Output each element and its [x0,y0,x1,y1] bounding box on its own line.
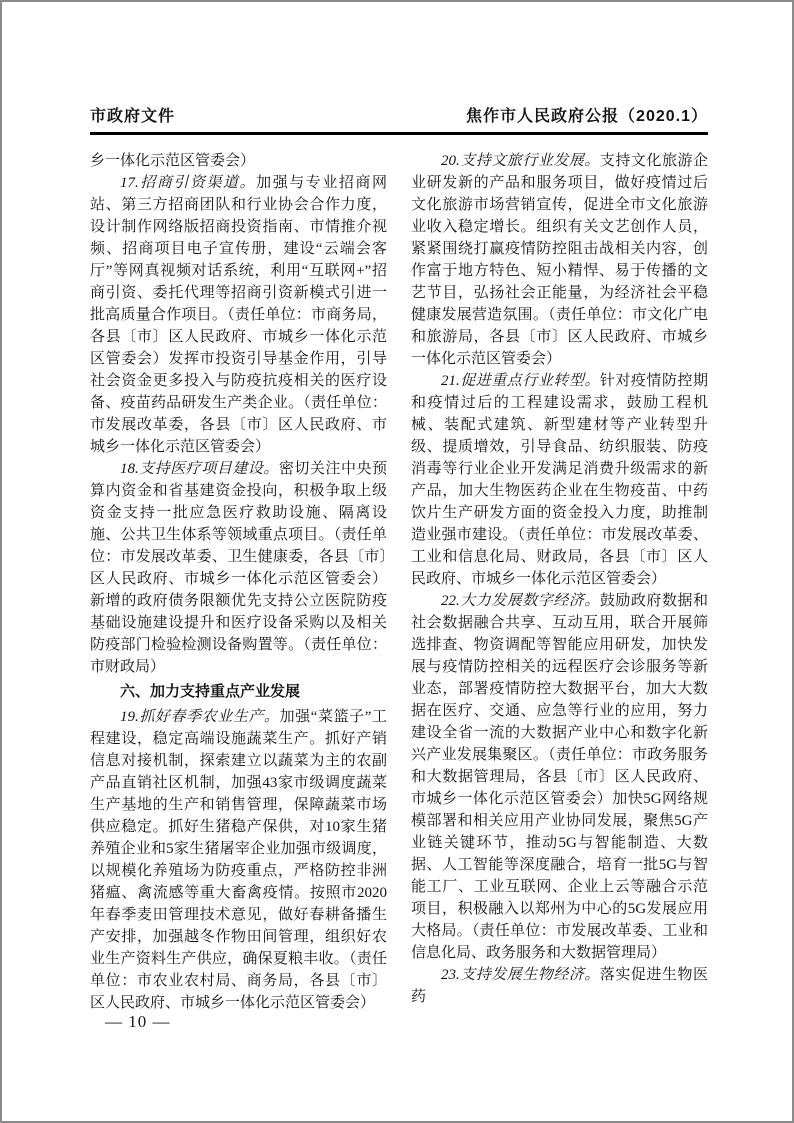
item-17-lead: 17.招商引资渠道。 [120,175,256,191]
document-page: 市政府文件 焦作市人民政府公报（2020.1） 乡一体化示范区管委会） 17.招… [0,0,794,1123]
paragraph-item-22: 22.大力发展数字经济。鼓励政府数据和社会数据融合共享、互动互用，联合开展筛选排… [411,590,708,964]
paragraph-text: 鼓励政府数据和社会数据融合共享、互动互用，联合开展筛选排查、物资调配等智能应用研… [411,593,708,961]
paragraph-item-17: 17.招商引资渠道。加强与专业招商网站、第三方招商团队和行业协会合作力度，设计制… [90,172,387,458]
paragraph-text: 加强与专业招商网站、第三方招商团队和行业协会合作力度，设计制作网络版招商投资指南… [90,175,387,455]
item-19-lead: 19.抓好春季农业生产。 [120,709,280,725]
paragraph-text: 密切关注中央预算内资金和省基建资金投向，积极争取上级资金支持一批应急医疗救助设施… [90,461,387,675]
item-23-lead: 23.支持发展生物经济。 [441,967,600,983]
paragraph-text: 乡一体化示范区管委会） [90,153,255,169]
header-section-title: 市政府文件 [90,103,175,126]
header-rule [90,132,708,135]
paragraph-item-21: 21.促进重点行业转型。针对疫情防控期和疫情过后的工程建设需求，鼓励工程机械、装… [411,370,708,590]
paragraph-item-20: 20.支持文旅行业发展。支持文化旅游企业研发新的产品和服务项目，做好疫情过后文化… [411,150,708,370]
page-number: — 10 — [105,1012,171,1031]
item-22-lead: 22.大力发展数字经济。 [441,593,600,609]
item-18-lead: 18.支持医疗项目建设。 [120,461,279,477]
page-header: 市政府文件 焦作市人民政府公报（2020.1） [90,103,708,126]
item-20-lead: 20.支持文旅行业发展。 [441,153,600,169]
paragraph-text: 加强“菜篮子”工程建设，稳定高端设施蔬菜生产。抓好产销信息对接机制，探索建立以蔬… [90,709,387,1011]
paragraph-item-18: 18.支持医疗项目建设。密切关注中央预算内资金和省基建资金投向，积极争取上级资金… [90,458,387,678]
right-column: 20.支持文旅行业发展。支持文化旅游企业研发新的产品和服务项目，做好疫情过后文化… [411,150,708,1014]
paragraph-item-19: 19.抓好春季农业生产。加强“菜篮子”工程建设，稳定高端设施蔬菜生产。抓好产销信… [90,706,387,1014]
paragraph-text: 针对疫情防控期和疫情过后的工程建设需求，鼓励工程机械、装配式建筑、新型建材等产业… [411,373,708,587]
paragraph-text: 支持文化旅游企业研发新的产品和服务项目，做好疫情过后文化旅游市场营销宣传，促进全… [411,153,708,367]
left-column: 乡一体化示范区管委会） 17.招商引资渠道。加强与专业招商网站、第三方招商团队和… [90,150,387,1014]
paragraph-item-23: 23.支持发展生物经济。落实促进生物医药 [411,964,708,1008]
header-gazette-title: 焦作市人民政府公报（2020.1） [466,103,708,126]
paragraph-continuation: 乡一体化示范区管委会） [90,150,387,172]
item-21-lead: 21.促进重点行业转型。 [441,373,600,389]
body-columns: 乡一体化示范区管委会） 17.招商引资渠道。加强与专业招商网站、第三方招商团队和… [90,150,708,1014]
section-heading-6: 六、加力支持重点产业发展 [90,681,387,703]
page-footer: — 10 — [105,1012,171,1032]
